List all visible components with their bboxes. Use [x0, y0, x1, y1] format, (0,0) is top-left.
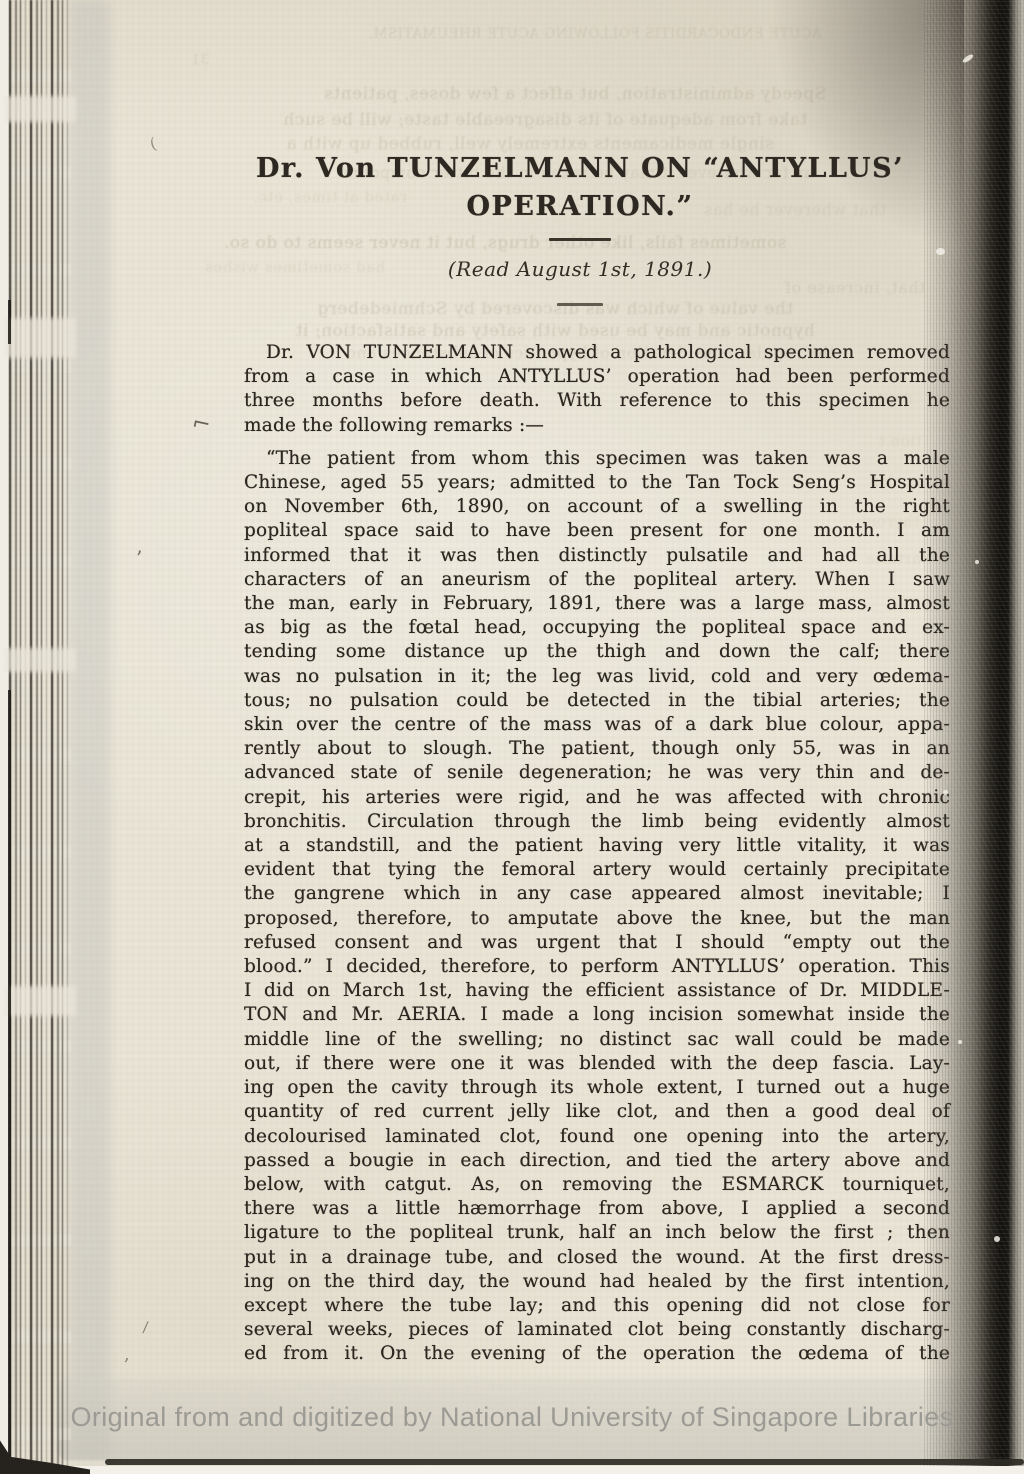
heading-divider-rule [549, 238, 611, 241]
binding-streak-break [6, 986, 76, 1016]
text-line: advanced state of senile degeneration; h… [244, 761, 950, 785]
binding-streak-break [6, 318, 76, 358]
text-line: bronchitis. Circulation through the limb… [244, 810, 950, 834]
text-line: was no pulsation in it; the leg was livi… [244, 665, 950, 689]
bleedthrough-line: Speedy administration, but affect a few … [324, 84, 827, 104]
left-edge-line [8, 690, 11, 1462]
text-line: ing open the cavity through its whole ex… [244, 1076, 950, 1100]
text-line: as big as the fœtal head, occupying the … [244, 616, 950, 640]
stray-ink-mark: , [124, 1344, 130, 1365]
stray-ink-mark: / [142, 1318, 149, 1336]
date-divider-rule [557, 303, 603, 306]
text-line: on November 6th, 1890, on account of a s… [244, 495, 950, 519]
text-line: from a case in which ANTYLLUS’ operation… [244, 365, 950, 389]
text-line: popliteal space said to have been presen… [244, 519, 950, 543]
bleedthrough-line: hypnotic and may be used with safety and… [295, 321, 815, 341]
paper-speck [975, 560, 979, 564]
scan-bottom-strip [0, 1466, 1024, 1474]
text-line: evident that tying the femoral artery wo… [244, 858, 950, 882]
text-line: the gangrene which in any case appeared … [244, 882, 950, 906]
stray-ink-mark: ’ [136, 546, 142, 570]
text-line: “The patient from whom this specimen was… [244, 447, 950, 471]
text-line: proposed, therefore, to amputate above t… [244, 907, 950, 931]
text-line: the man, early in February, 1891, there … [244, 592, 950, 616]
text-line: out, if there were one it was blended wi… [244, 1052, 950, 1076]
text-line: ed from it. On the evening of the operat… [244, 1342, 950, 1366]
text-line: quantity of red current jelly like clot,… [244, 1100, 950, 1124]
read-date: (Read August 1st, 1891.) [136, 257, 1024, 281]
binding-streak-break [6, 648, 76, 672]
text-line: except where the tube lay; and this open… [244, 1294, 950, 1318]
text-line: tending some distance up the thigh and d… [244, 640, 950, 664]
stray-ink-mark: ⌐ [190, 410, 213, 438]
text-line: three months before death. With referenc… [244, 389, 950, 413]
bleedthrough-line: 31 [191, 52, 210, 68]
digitization-watermark: Original from and digitized by National … [0, 1402, 1024, 1433]
text-line: at a standstill, and the patient having … [244, 834, 950, 858]
paper-speck [958, 1040, 962, 1044]
article-title-line2: OPERATION.” [136, 188, 1024, 226]
text-line: crepit, his arteries were rigid, and he … [244, 786, 950, 810]
text-line: Dr. VON TUNZELMANN showed a pathological… [244, 341, 950, 365]
text-line: ligature to the popliteal trunk, half an… [244, 1221, 950, 1245]
paper-speck [994, 1236, 1000, 1242]
bleedthrough-line: take from adequate of its disagreeable t… [283, 110, 807, 130]
paper-speck [962, 53, 975, 64]
text-line: rently about to slough. The patient, tho… [244, 737, 950, 761]
paper-speck [936, 248, 945, 255]
text-line: decolourised laminated clot, found one o… [244, 1125, 950, 1149]
text-line: passed a bougie in each direction, and t… [244, 1149, 950, 1173]
text-line: made the following remarks :— [244, 414, 950, 438]
text-line: tous; no pulsation could be detected in … [244, 689, 950, 713]
text-line: several weeks, pieces of laminated clot … [244, 1318, 950, 1342]
article-title-line1: Dr. Von TUNZELMANN ON “ANTYLLUS’ [136, 150, 1024, 188]
text-line: I did on March 1st, having the efficient… [244, 979, 950, 1003]
article-heading: Dr. Von TUNZELMANN ON “ANTYLLUS’ OPERATI… [136, 150, 1024, 306]
left-shadow-band [70, 0, 110, 1460]
article-body: Dr. VON TUNZELMANN showed a pathological… [244, 341, 950, 1367]
scanned-journal-page: ACUTE ENDOCARDITIS FOLLOWING ACUTE RHEUM… [0, 0, 1024, 1474]
text-line: put in a drainage tube, and closed the w… [244, 1246, 950, 1270]
bleedthrough-line: ACUTE ENDOCARDITIS FOLLOWING ACUTE RHEUM… [368, 26, 821, 42]
text-line: informed that it was then distinctly pul… [244, 544, 950, 568]
left-edge-line [8, 300, 11, 344]
text-line: refused consent and was urgent that I sh… [244, 931, 950, 955]
text-line: ing on the third day, the wound had heal… [244, 1270, 950, 1294]
text-line: there was a little hæmorrhage from above… [244, 1197, 950, 1221]
binding-edge-streaks [9, 0, 71, 1474]
text-line: blood.” I decided, therefore, to perform… [244, 955, 950, 979]
text-line: skin over the centre of the mass was of … [244, 713, 950, 737]
text-line: below, with catgut. As, on removing the … [244, 1173, 950, 1197]
binding-streak-break [6, 96, 76, 122]
text-line: Chinese, aged 55 years; admitted to the … [244, 471, 950, 495]
page-bottom-edge-line [105, 1459, 1024, 1465]
text-line: TON and Mr. AERIA. I made a long incisio… [244, 1003, 950, 1027]
text-line: characters of an aneurism of the poplite… [244, 568, 950, 592]
paper-speck [943, 790, 948, 795]
text-line: middle line of the swelling; no distinct… [244, 1028, 950, 1052]
